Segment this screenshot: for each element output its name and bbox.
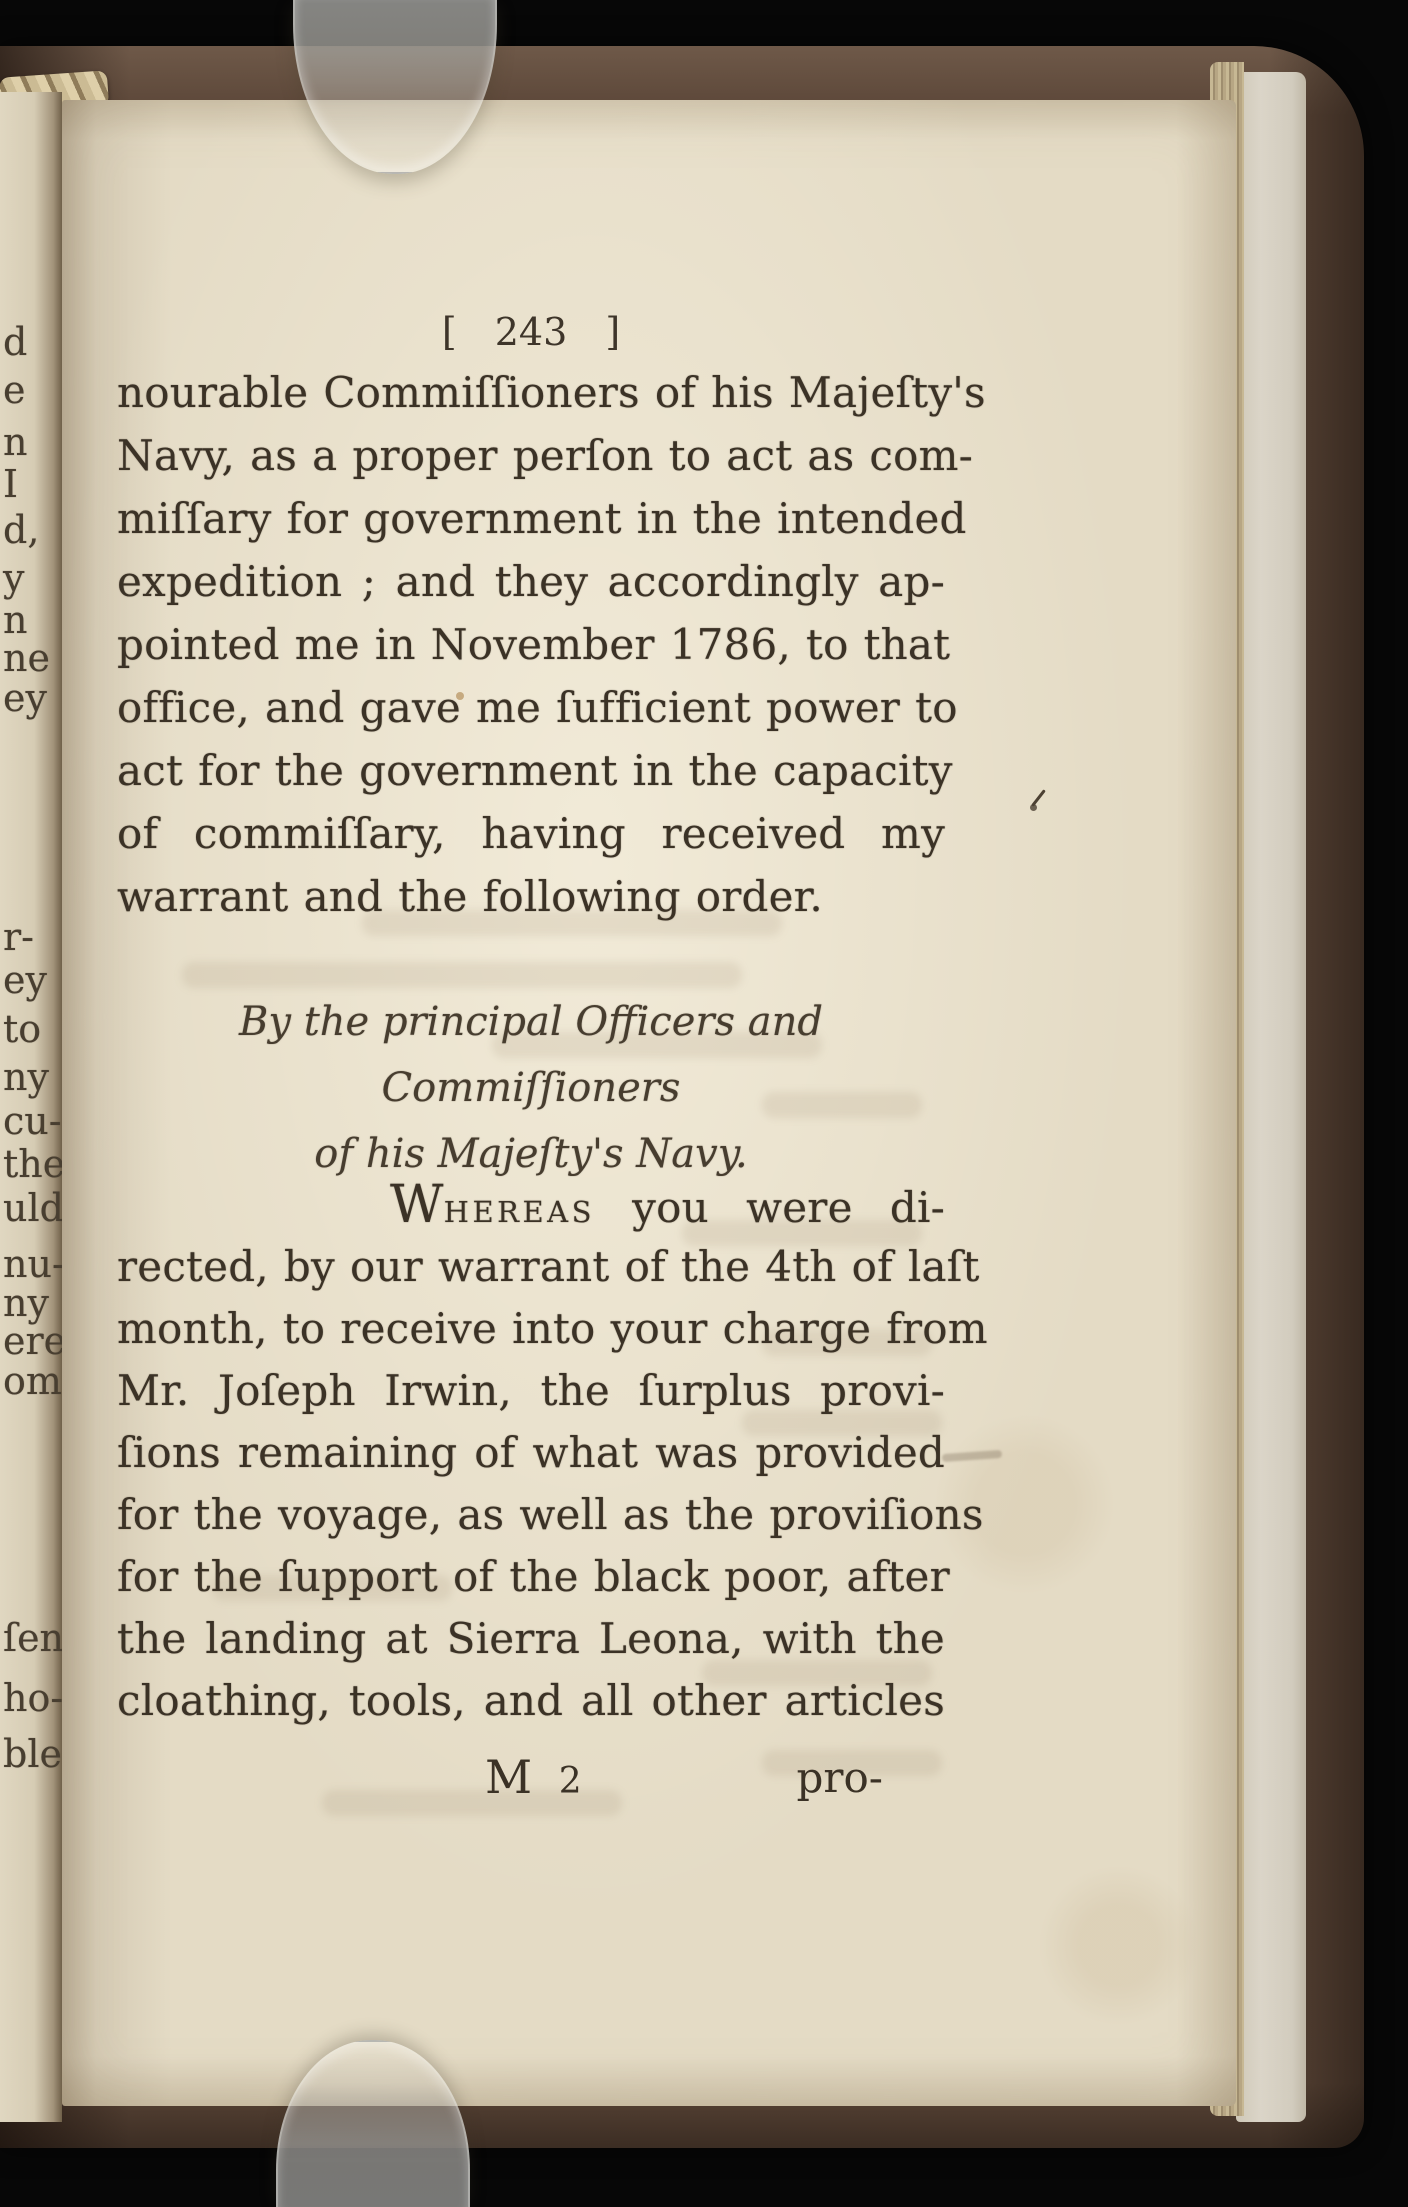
photo-backdrop: d e n I d, y n ne ey r- ey to ny cu- the… [0,0,1408,2207]
facing-page-fragment: the [3,1142,62,1186]
text-line: act for the government in the capacity [117,739,945,802]
page-number: [ 243 ] [117,310,945,354]
signature-number: 2 [559,1761,582,1802]
facing-page-fragment: n [3,420,27,464]
text-line: WHEREAS you were di- [117,1174,945,1236]
facing-page-fragment: ble [3,1732,62,1776]
flyleaf-page [1236,72,1306,2122]
line-remainder: you were di- [595,1183,945,1232]
facing-page-fragment: ey [3,676,47,720]
small-caps-word: HEREAS [444,1195,595,1229]
order-heading-line: By the principal Officers and Commiſſion… [117,989,945,1121]
catchword: pro- [797,1746,883,1809]
facing-page-fragment: I [3,462,18,506]
signature-line: M 2 pro- [117,1746,945,1809]
text-line: Mr. Joſeph Irwin, the ſurplus provi- [117,1360,945,1422]
facing-page-edge: d e n I d, y n ne ey r- ey to ny cu- the… [0,92,62,2122]
text-line: the landing at Sierra Leona, with the [117,1608,945,1670]
book-page: [ 243 ] nourable Commiſſioners of his Ma… [62,100,1236,2106]
paper-smudge [942,1450,1002,1462]
facing-page-fragment: ey [3,958,47,1002]
text-line: expedition ; and they accordingly ap- [117,550,945,613]
order-heading: By the principal Officers and Commiſſion… [117,989,945,1187]
gathering-signature: M 2 [485,1746,582,1813]
drop-initial: W [390,1175,444,1235]
text-line: Navy, as a proper perſon to act as com- [117,424,945,487]
facing-page-fragment: nu- [3,1242,62,1286]
facing-page-fragment: ho- [3,1676,62,1720]
text-line: ſions remaining of what was provided [117,1422,945,1484]
text-line: cloathing, tools, and all other articles [117,1670,945,1732]
text-line: rected, by our warrant of the 4th of laſ… [117,1236,945,1298]
text-line: warrant and the following order. [117,865,945,928]
text-line: month, to receive into your charge from [117,1298,945,1360]
show-through-mark [182,962,742,988]
paragraph-warrant: WHEREAS you were di- rected, by our warr… [117,1174,945,1732]
facing-page-fragment: ere [3,1319,62,1363]
facing-page-fragment: r- [3,915,34,959]
facing-page-fragment: e [3,368,26,412]
facing-page-fragment: ny [3,1055,49,1099]
text-line: pointed me in November 1786, to that [117,613,945,676]
facing-page-fragment: om- [3,1359,62,1403]
text-line: of commiſſary, having received my [117,802,945,865]
text-line: office, and gave me ſufficient power to [117,676,945,739]
facing-page-fragment: uld [3,1186,62,1230]
text-line: for the voyage, as well as the proviſion… [117,1484,945,1546]
signature-letter: M [485,1750,532,1804]
facing-page-fragment: to [3,1007,41,1051]
ink-speck [1030,804,1037,811]
text-line: nourable Commiſſioners of his Majeſty's [117,361,945,424]
text-line: miſſary for government in the intended [117,487,945,550]
facing-page-fragment: cu- [3,1099,62,1143]
facing-page-fragment: ne [3,636,50,680]
facing-page-fragment: ſent [3,1616,62,1660]
text-line: for the ſupport of the black poor, after [117,1546,945,1608]
paragraph-commission: nourable Commiſſioners of his Majeſty's … [117,361,945,928]
facing-page-fragment: y [3,556,24,600]
facing-page-fragment: d [3,320,27,364]
facing-page-fragment: d, [3,508,39,552]
